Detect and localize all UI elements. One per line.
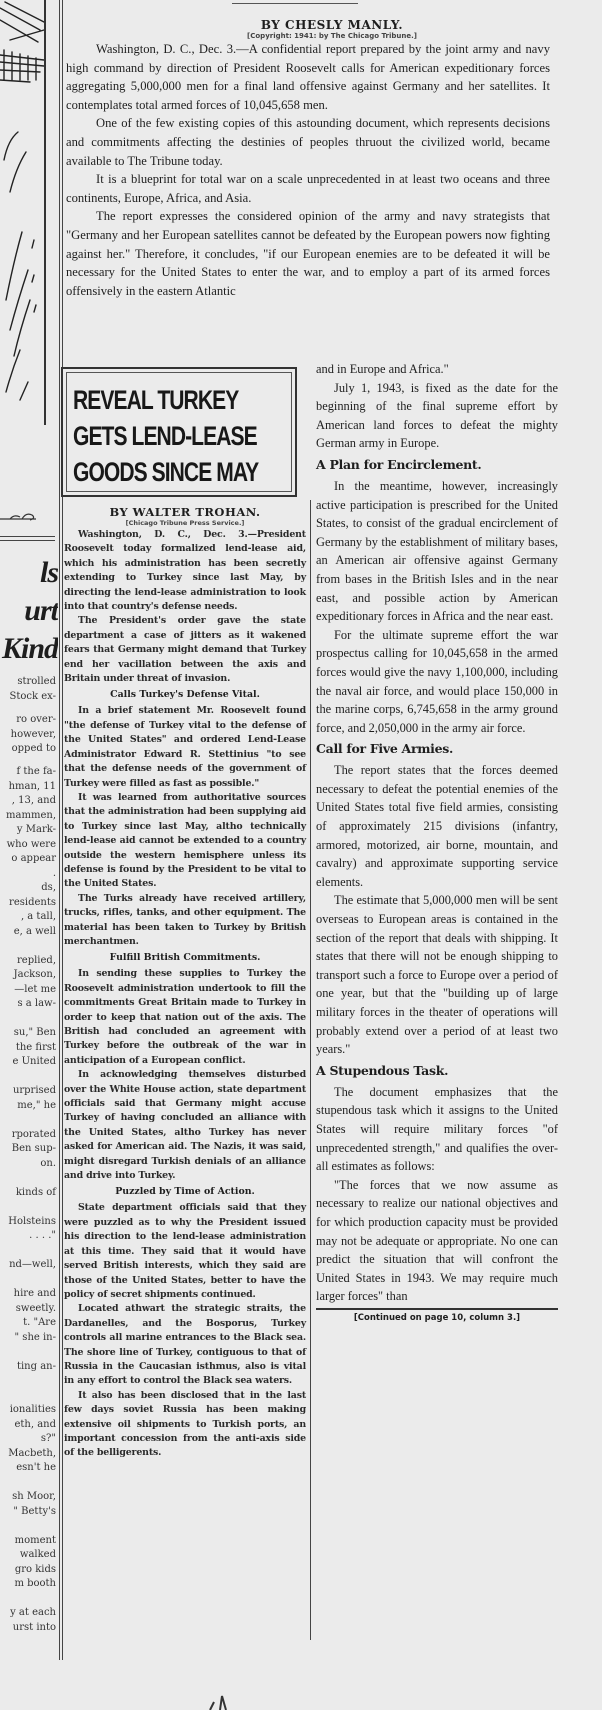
article-paragraph: The Turks already have received artiller…: [64, 892, 306, 950]
fragment-text-line: Macbeth,: [0, 1447, 56, 1462]
fragment-text-line: opped to: [0, 742, 56, 757]
divider: [0, 540, 55, 541]
article-paragraph: In sending these supplies to Turkey the …: [64, 967, 306, 1068]
article-paragraph: It is a blueprint for total war on a sca…: [66, 170, 550, 207]
fragment-text-line: on.: [0, 1157, 56, 1172]
article-paragraph: Washington, D. C., Dec. 3.—A confidentia…: [66, 40, 550, 114]
fragment-text-line: s a law-: [0, 997, 56, 1012]
main-article-continuation: and in Europe and Africa."July 1, 1943, …: [316, 370, 558, 1323]
fragment-text-line: y Mark-: [0, 823, 56, 838]
article-paragraph: Washington, D. C., Dec. 3.—President Roo…: [64, 528, 306, 614]
fragment-text-line: . . . .": [0, 1229, 56, 1244]
fragment-text-line: f the fa-: [0, 765, 56, 780]
byline: BY WALTER TROHAN.: [64, 505, 306, 519]
fragment-text-line: , 13, and: [0, 794, 56, 809]
fragment-text-line: replied,: [0, 954, 56, 969]
fragment-text-line: Jackson,: [0, 968, 56, 983]
fragment-text-line: hman, 11: [0, 780, 56, 795]
article-paragraph: The report expresses the considered opin…: [66, 207, 550, 300]
fragment-text-line: Holsteins: [0, 1215, 56, 1230]
fragment-heading-line: Kind: [0, 632, 58, 666]
fragment-text-line: o appear: [0, 852, 56, 867]
fragment-heading-line: urt: [0, 594, 58, 628]
fragment-text-line: who were: [0, 838, 56, 853]
article-paragraph: and in Europe and Africa.": [316, 360, 558, 379]
subheading: Puzzled by Time of Action.: [64, 1184, 306, 1200]
fragment-text-line: y at each: [0, 1606, 56, 1621]
article-paragraph: The President's order gave the state dep…: [64, 614, 306, 686]
fragment-text-line: gro kids: [0, 1563, 56, 1578]
fragment-text-line: t. "Are: [0, 1316, 56, 1331]
article-paragraph: In acknowledging themselves disturbed ov…: [64, 1068, 306, 1183]
fragment-text-line: ting an-: [0, 1360, 56, 1375]
fragment-text-line: su," Ben: [0, 1026, 56, 1041]
fragment-text-line: urprised: [0, 1084, 56, 1099]
article-paragraph: It was learned from authoritative source…: [64, 791, 306, 892]
subheading: Calls Turkey's Defense Vital.: [64, 687, 306, 703]
fragment-text-line: esn't he: [0, 1461, 56, 1476]
article-paragraph: July 1, 1943, is fixed as the date for t…: [316, 379, 558, 453]
fragment-text-line: mammen,: [0, 809, 56, 824]
ornament-icon: [0, 510, 40, 524]
subheading: Call for Five Armies.: [316, 739, 558, 758]
subheading: A Stupendous Task.: [316, 1061, 558, 1080]
fragment-text-line: e, a well: [0, 925, 56, 940]
article-paragraph: State department officials said that the…: [64, 1201, 306, 1302]
fragment-text-line: rporated: [0, 1128, 56, 1143]
column-rule: [59, 0, 60, 1660]
fragment-text-line: m booth: [0, 1577, 56, 1592]
headline-box: REVEAL TURKEY GETS LEND-LEASE GOODS SINC…: [61, 367, 297, 497]
article-paragraph: The estimate that 5,000,000 men will be …: [316, 891, 558, 1058]
fragment-text-line: eth, and: [0, 1418, 56, 1433]
fragment-text-line: " she in-: [0, 1331, 56, 1346]
press-service-line: [Chicago Tribune Press Service.]: [64, 519, 306, 527]
fragment-text-line: e United: [0, 1055, 56, 1070]
fragment-text-line: sh Moor,: [0, 1490, 56, 1505]
headline-line: GOODS SINCE MAY: [73, 453, 258, 491]
article-paragraph: "The forces that we now assume as necess…: [316, 1176, 558, 1306]
fragment-text-line: Stock ex-: [0, 690, 56, 705]
fragment-text-line: ds,: [0, 881, 56, 896]
main-article: BY CHESLY MANLY. [Copyright: 1941: by Th…: [62, 0, 602, 300]
continued-notice: [Continued on page 10, column 3.]: [316, 1308, 558, 1323]
fragment-text-line: hire and: [0, 1287, 56, 1302]
fragment-text-line: sweetly.: [0, 1302, 56, 1317]
subheading: A Plan for Encirclement.: [316, 455, 558, 474]
divider: [0, 536, 55, 537]
fragment-text-line: ro over-: [0, 713, 56, 728]
article-paragraph: For the ultimate supreme effort the war …: [316, 626, 558, 738]
fragment-heading-line: ls: [0, 556, 58, 590]
subheading: Fulfill British Commitments.: [64, 950, 306, 966]
fragment-text-line: Ben sup-: [0, 1142, 56, 1157]
article-paragraph: The report states that the forces deemed…: [316, 761, 558, 891]
headline-line: REVEAL TURKEY: [73, 381, 238, 419]
fragment-text-line: however,: [0, 728, 56, 743]
fragment-text-line: residents: [0, 896, 56, 911]
fragment-text-line: s?": [0, 1432, 56, 1447]
article-paragraph: It also has been disclosed that in the l…: [64, 1389, 306, 1461]
column-rule: [310, 500, 311, 1640]
fragment-text-line: walked: [0, 1548, 56, 1563]
adjacent-article-fragment: ls urt Kind strolledStock ex-ro over-how…: [0, 0, 58, 1710]
page-mark-icon: [200, 1692, 240, 1710]
fragment-text-line: nd—well,: [0, 1258, 56, 1273]
fragment-text-line: kinds of: [0, 1186, 56, 1201]
article-paragraph: One of the few existing copies of this a…: [66, 114, 550, 170]
fragment-text-line: moment: [0, 1534, 56, 1549]
fragment-text-line: strolled: [0, 675, 56, 690]
byline: BY CHESLY MANLY.: [62, 18, 602, 32]
article-paragraph: The document emphasizes that the stupend…: [316, 1083, 558, 1176]
fragment-text-line: .: [0, 867, 56, 882]
article-paragraph: In the meantime, however, increasingly a…: [316, 477, 558, 626]
fragment-text-line: —let me: [0, 983, 56, 998]
turkey-article: BY WALTER TROHAN. [Chicago Tribune Press…: [64, 500, 306, 1461]
fragment-text-line: urst into: [0, 1621, 56, 1636]
article-paragraph: In a brief statement Mr. Roosevelt found…: [64, 704, 306, 790]
illustration-border: [44, 0, 46, 425]
fragment-text-line: ionalities: [0, 1403, 56, 1418]
fragment-text-line: me," he: [0, 1099, 56, 1114]
copyright-line: [Copyright: 1941: by The Chicago Tribune…: [62, 32, 602, 40]
cartoon-illustration: [0, 0, 46, 430]
fragment-text-line: the first: [0, 1041, 56, 1056]
fragment-text-line: , a tall,: [0, 910, 56, 925]
fragment-text-line: " Betty's: [0, 1505, 56, 1520]
headline-line: GETS LEND-LEASE: [73, 417, 257, 455]
article-paragraph: Located athwart the strategic straits, t…: [64, 1302, 306, 1388]
